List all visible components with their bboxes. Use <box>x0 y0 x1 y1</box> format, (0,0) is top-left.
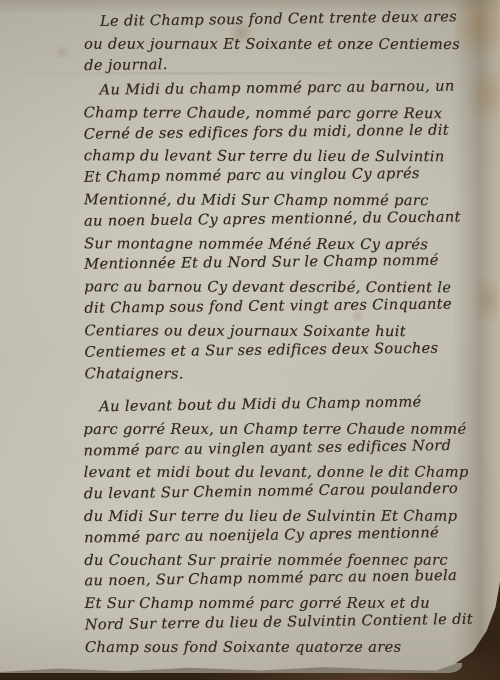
manuscript-line: Champ sous fond Soixante quatorze ares <box>85 636 493 658</box>
manuscript-line: du levant Sur Chemin nommé Carou pouland… <box>84 478 492 506</box>
manuscript-line: de journal. <box>84 49 492 76</box>
manuscript-line: Centiemes et a Sur ses edifices deux Sou… <box>84 337 492 363</box>
manuscript-line: Cerné de ses edifices fors du midi, donn… <box>84 119 492 145</box>
manuscript-line: Mentionnée Et du Nord Sur le Champ nommé <box>84 249 492 275</box>
manuscript-line: Et Champ nommé parc au vinglou Cy aprés <box>84 162 492 188</box>
manuscript-text: Le dit Champ sous fond Cent trente deux … <box>0 0 500 680</box>
manuscript-line: Nord Sur terre du lieu de Sulvintin Cont… <box>85 608 493 636</box>
manuscript-line: Chataigners. <box>84 364 492 387</box>
manuscript-line: dit Champ sous fond Cent vingt ares Cinq… <box>84 293 492 319</box>
manuscript-line: au noen buela Cy apres mentionné, du Cou… <box>84 206 492 232</box>
paragraph-area-summary: Le dit Champ sous fond Cent trente deux … <box>84 9 492 77</box>
manuscript-line: Au Midi du champ nommé parc au barnou, u… <box>83 75 491 101</box>
paragraph-field-description-2: Au levant bout du Midi du Champ nommé pa… <box>83 394 493 658</box>
manuscript-line: Au levant bout du Midi du Champ nommé <box>83 390 491 418</box>
manuscript-line: au noen, Sur Champ nommé parc au noen bu… <box>84 565 492 593</box>
paragraph-field-description-1: Au Midi du champ nommé parc au barnou, u… <box>83 78 492 385</box>
manuscript-line: Le dit Champ sous fond Cent trente deux … <box>84 6 492 33</box>
